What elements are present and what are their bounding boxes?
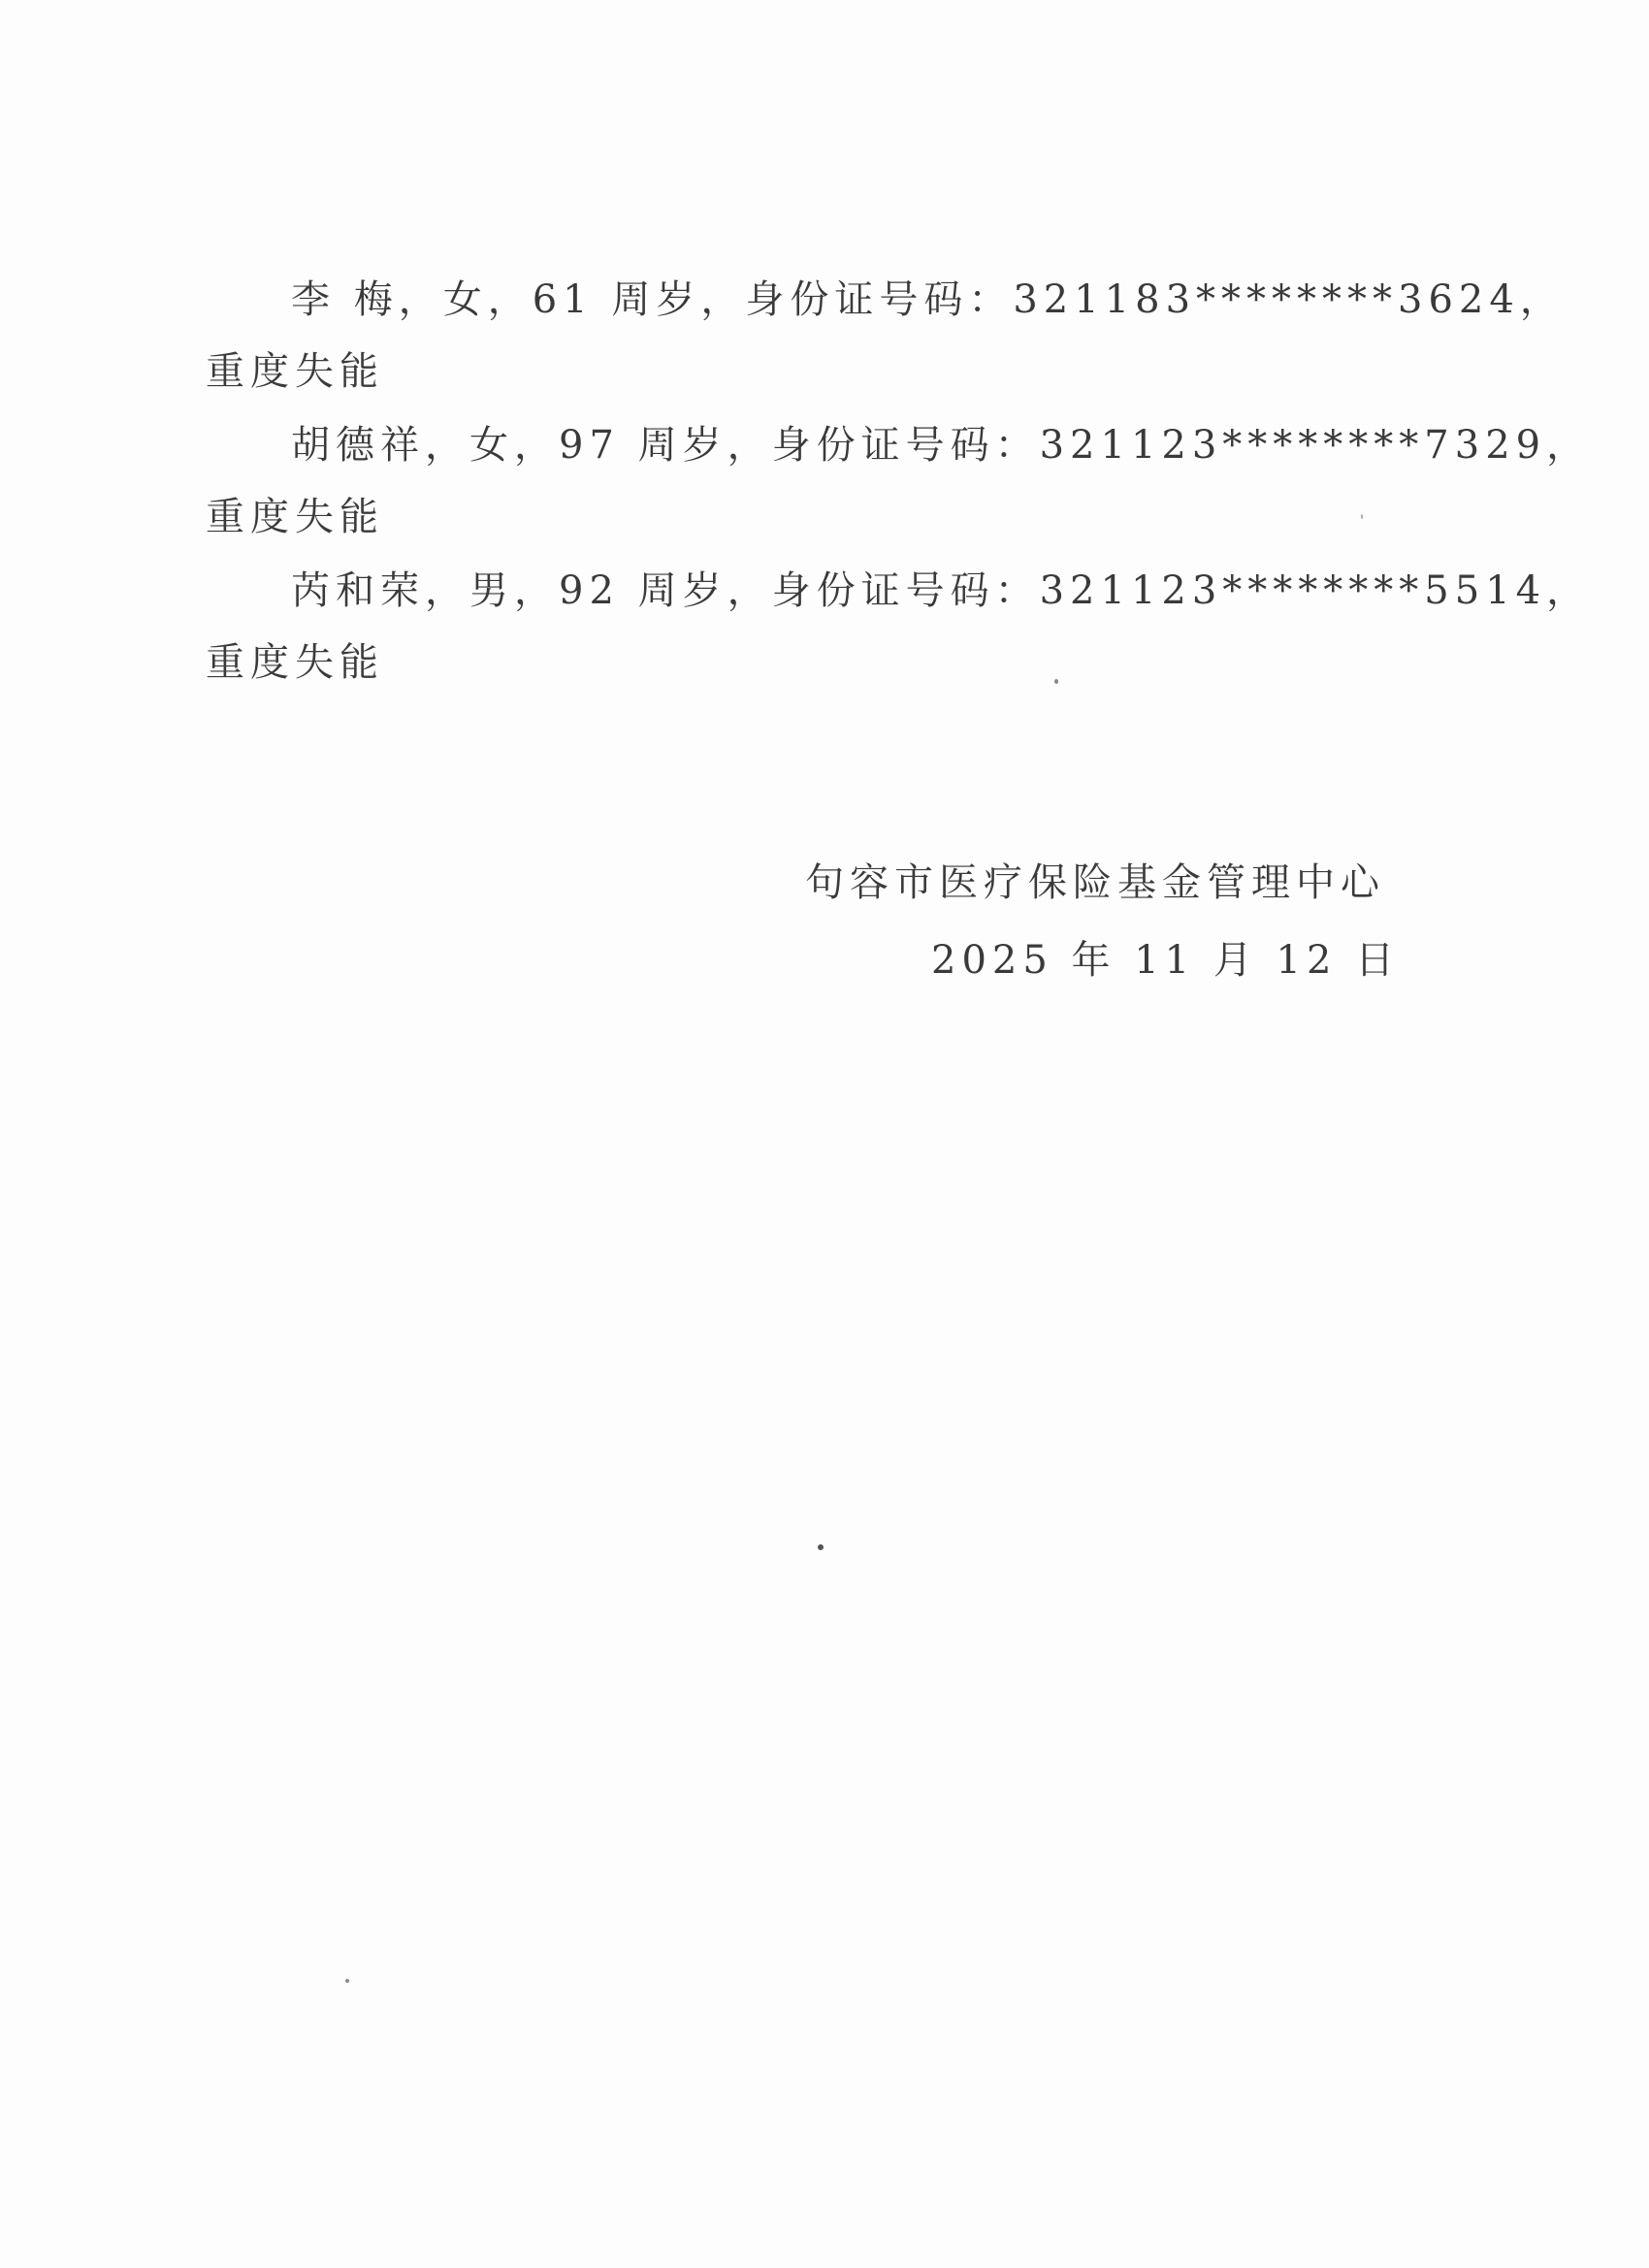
entry-3-line-1: 芮和荣，男，92 周岁，身份证号码：321123********5514，: [206, 555, 1379, 627]
signature-date: 2025 年 11 月 12 日: [931, 929, 1400, 985]
scan-speck: [1054, 679, 1058, 684]
entry-2-line-2: 重度失能: [206, 481, 1379, 553]
scan-speck: [345, 1979, 349, 1983]
entry-2: 胡德祥，女，97 周岁，身份证号码：321123********7329， 重度…: [206, 409, 1379, 553]
entry-2-line-1: 胡德祥，女，97 周岁，身份证号码：321123********7329，: [206, 409, 1379, 481]
scan-speck: [818, 1544, 824, 1550]
signature-organization: 句容市医疗保险基金管理中心: [805, 852, 1385, 907]
document-page: 李 梅，女，61 周岁，身份证号码：321183********3624， 重度…: [0, 0, 1649, 2268]
entry-3-line-2: 重度失能: [206, 627, 1379, 698]
entry-1: 李 梅，女，61 周岁，身份证号码：321183********3624， 重度…: [206, 264, 1379, 407]
entry-3: 芮和荣，男，92 周岁，身份证号码：321123********5514， 重度…: [206, 555, 1379, 698]
entry-1-line-2: 重度失能: [206, 336, 1379, 407]
entry-1-line-1: 李 梅，女，61 周岁，身份证号码：321183********3624，: [206, 264, 1379, 336]
scan-speck: [1361, 514, 1363, 519]
